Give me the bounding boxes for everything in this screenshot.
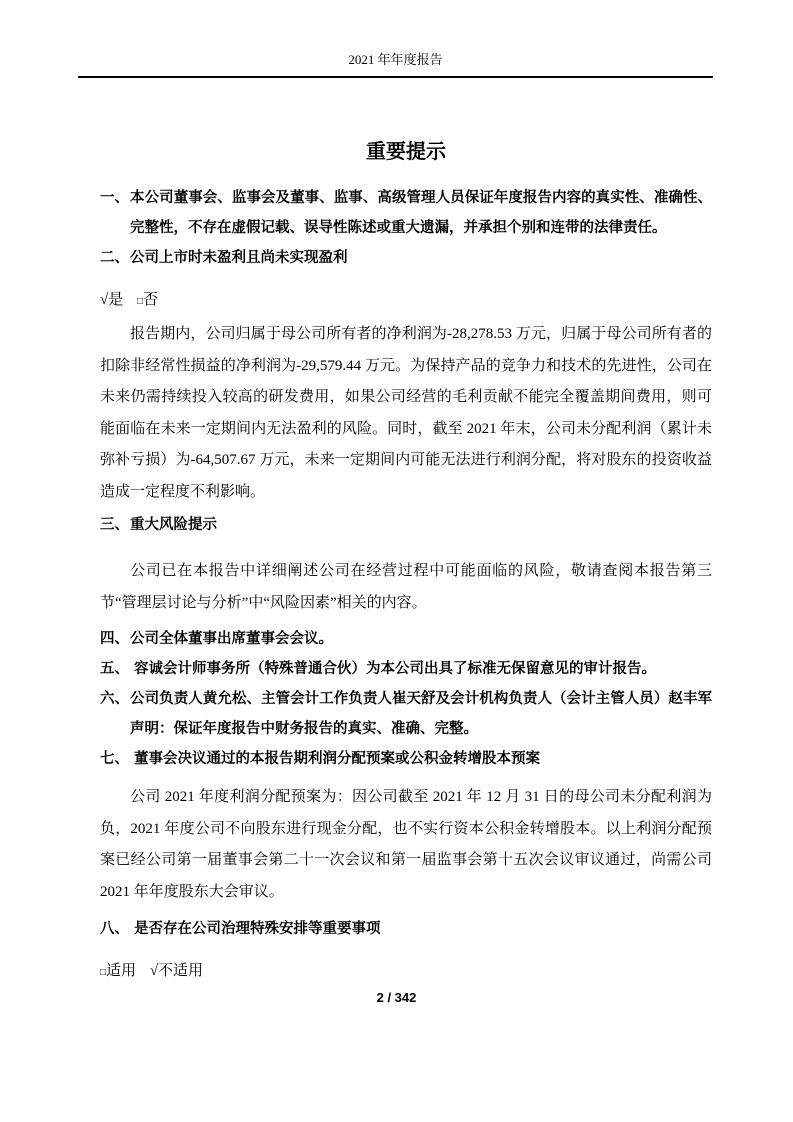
section-8-heading: 八、 是否存在公司治理特殊安排等重要事项 xyxy=(100,914,712,944)
section-2-heading: 二、公司上市时未盈利且尚未实现盈利 xyxy=(100,243,712,273)
risk-paragraph: 公司已在本报告中详细阐述公司在经营过程中可能面临的风险，敬请查阅本报告第三节“管… xyxy=(100,556,712,619)
applicable-option: □适用 xyxy=(100,963,136,979)
page-number: 2 / 342 xyxy=(0,990,793,1006)
section-8-text: 是否存在公司治理特殊安排等重要事项 xyxy=(130,921,381,937)
section-6-text: 公司负责人黄允松、主管会计工作负责人崔天舒及会计机构负责人（会计主管人员）赵丰军… xyxy=(130,691,712,737)
section-1-heading: 一、本公司董事会、监事会及董事、监事、高级管理人员保证年度报告内容的真实性、准确… xyxy=(100,183,712,243)
section-7-heading: 七、 董事会决议通过的本报告期利润分配预案或公积金转增股本预案 xyxy=(100,744,712,774)
section-3-number: 三、 xyxy=(100,510,130,540)
section-8-number: 八、 xyxy=(100,914,130,944)
section-3-heading: 三、重大风险提示 xyxy=(100,510,712,540)
section-7-number: 七、 xyxy=(100,744,130,774)
checkmark-icon: √ xyxy=(150,963,158,979)
doc-title: 重要提示 xyxy=(100,138,712,166)
section-5-number: 五、 xyxy=(100,654,130,684)
header-title: 2021 年年度报告 xyxy=(348,52,442,67)
section-2-text: 公司上市时未盈利且尚未实现盈利 xyxy=(130,250,348,266)
listed-unprofitable-checkline: √是 □否 xyxy=(100,285,712,317)
profit-paragraph: 报告期内，公司归属于母公司所有者的净利润为-28,278.53 万元，归属于母公… xyxy=(100,319,712,508)
check-no-label: 否 xyxy=(143,292,158,308)
section-4-number: 四、 xyxy=(100,624,130,654)
section-1-number: 一、 xyxy=(100,183,130,213)
page-content: 重要提示 一、本公司董事会、监事会及董事、监事、高级管理人员保证年度报告内容的真… xyxy=(100,138,712,988)
check-yes-label: 是 xyxy=(108,292,123,308)
applicable-label: 适用 xyxy=(106,963,136,979)
section-5-text: 容诚会计师事务所（特殊普通合伙）为本公司出具了标准无保留意见的审计报告。 xyxy=(130,661,656,677)
section-7-text: 董事会决议通过的本报告期利润分配预案或公积金转增股本预案 xyxy=(130,751,540,767)
section-6-number: 六、 xyxy=(100,684,130,714)
report-page: 2021 年年度报告 重要提示 一、本公司董事会、监事会及董事、监事、高级管理人… xyxy=(0,0,793,1122)
section-4-heading: 四、公司全体董事出席董事会会议。 xyxy=(100,624,712,654)
check-no-option: □否 xyxy=(137,292,158,308)
section-3-text: 重大风险提示 xyxy=(130,517,217,533)
section-2-number: 二、 xyxy=(100,243,130,273)
section-1-text: 本公司董事会、监事会及董事、监事、高级管理人员保证年度报告内容的真实性、准确性、… xyxy=(130,190,712,236)
checkmark-icon: √ xyxy=(100,292,108,308)
dividend-paragraph: 公司 2021 年度利润分配预案为：因公司截至 2021 年 12 月 31 日… xyxy=(100,782,712,908)
not-applicable-label: 不适用 xyxy=(158,963,203,979)
section-4-text: 公司全体董事出席董事会会议。 xyxy=(130,631,333,647)
check-yes-option: √是 xyxy=(100,292,123,308)
not-applicable-option: √不适用 xyxy=(150,963,203,979)
section-5-heading: 五、 容诚会计师事务所（特殊普通合伙）为本公司出具了标准无保留意见的审计报告。 xyxy=(100,654,712,684)
section-6-heading: 六、公司负责人黄允松、主管会计工作负责人崔天舒及会计机构负责人（会计主管人员）赵… xyxy=(100,684,712,744)
governance-checkline: □适用 √不适用 xyxy=(100,956,712,988)
page-header: 2021 年年度报告 xyxy=(78,50,713,78)
